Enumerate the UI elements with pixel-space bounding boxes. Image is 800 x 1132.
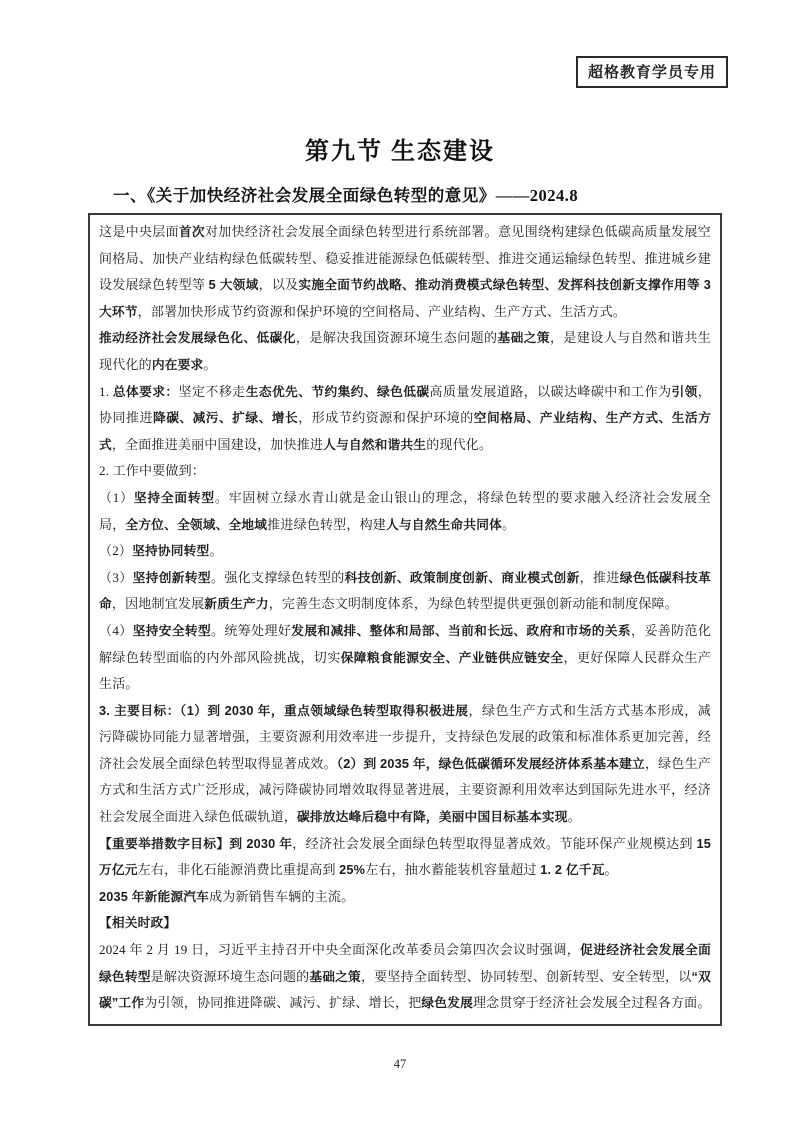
body-text: 。强化支撑绿色转型的 [211, 570, 345, 585]
body-text: ，因地制宜发展 [112, 596, 204, 611]
emphasized-text: （2）到 2035 年，绿色低碳循环发展经济体系基本建立 [337, 757, 645, 771]
emphasized-text: 新质生产力 [204, 597, 268, 611]
emphasized-text: 生态优先、节约集约、绿色低碳 [246, 385, 430, 399]
emphasized-text: 基础之策 [497, 331, 550, 345]
body-text: 。 [568, 809, 581, 824]
body-text: ，完善生态文明制度体系，为绿色转型提供更强创新动能和制度保障。 [269, 596, 678, 611]
emphasized-text: 5 大领域 [209, 278, 259, 292]
body-text: 1. [99, 384, 113, 399]
body-text: 。统筹处理好 [211, 623, 291, 638]
body-text: 。 [203, 357, 216, 372]
body-text: ，是解决我国资源环境生态问题的 [296, 330, 498, 345]
paragraph: 3. 主要目标：（1）到 2030 年，重点领域绿色转型取得积极进展，绿色生产方… [99, 698, 711, 831]
paragraph: （1）坚持全面转型。牢固树立绿水青山就是金山银山的理念，将绿色转型的要求融入经济… [99, 485, 711, 538]
emphasized-text: 坚持创新转型 [133, 571, 211, 585]
section-subtitle: 一、《关于加快经济社会发展全面绿色转型的意见》——2024.8 [113, 182, 578, 206]
emphasized-text: 【相关时政】 [99, 916, 176, 930]
body-text: ，以及 [259, 277, 299, 292]
emphasized-text: 总体要求： [113, 385, 179, 399]
emphasized-text: 碳排放达峰后稳中有降，美丽中国目标基本实现 [297, 810, 568, 824]
emphasized-text: 坚持全面转型 [134, 491, 215, 505]
page-title: 第九节 生态建设 [0, 131, 800, 166]
emphasized-text: 推动经济社会发展绿色化、低碳化 [99, 331, 296, 345]
emphasized-text: 2035 年新能源汽车 [99, 890, 209, 904]
page-number: 47 [0, 1057, 800, 1072]
body-text: （4） [99, 623, 133, 638]
body-text: ，要坚持全面转型、协同转型、创新转型、安全转型，以 [361, 969, 692, 984]
emphasized-text: 坚持协同转型 [132, 544, 209, 558]
body-text: 2. 工作中要做到： [99, 463, 205, 478]
emphasized-text: 人与自然生命共同体 [386, 518, 502, 532]
body-text: 为引领，协同推进降碳、减污、扩绿、增长，把 [144, 995, 421, 1010]
paragraph: （4）坚持安全转型。统筹处理好发展和减排、整体和局部、当前和长远、政府和市场的关… [99, 618, 711, 698]
emphasized-text: 【重要举措数字目标】到 2030 年 [99, 837, 292, 851]
emphasized-text: 引领 [672, 385, 698, 399]
body-text: 的现代化。 [426, 437, 492, 452]
paragraph: 推动经济社会发展绿色化、低碳化，是解决我国资源环境生态问题的基础之策，是建设人与… [99, 325, 711, 378]
emphasized-text: 基础之策 [309, 970, 361, 984]
emphasized-text: 人与自然和谐共生 [323, 438, 426, 452]
document-page: 超格教育学员专用 第九节 生态建设 一、《关于加快经济社会发展全面绿色转型的意见… [0, 0, 800, 1132]
paragraph: （3）坚持创新转型。强化支撑绿色转型的科技创新、政策制度创新、商业模式创新，推进… [99, 565, 711, 618]
body-text: ，经济社会发展全面绿色转型取得显著成效。节能环保产业规模达到 [292, 836, 696, 851]
body-text: 。 [209, 543, 222, 558]
paragraph: 2024 年 2 月 19 日，习近平主持召开中央全面深化改革委员会第四次会议时… [99, 937, 711, 1017]
body-text: ，形成节约资源和保护环境的 [298, 410, 474, 425]
emphasized-text: 1. 2 亿千瓦 [540, 863, 604, 877]
body-text: 2024 年 2 月 19 日，习近平主持召开中央全面深化改革委员会第四次会议时… [99, 942, 580, 957]
emphasized-text: 3. 主要目标：（1）到 2030 年，重点领域绿色转型取得积极进展 [99, 704, 468, 718]
body-text: （1） [99, 490, 134, 505]
emphasized-text: 绿色发展 [421, 996, 473, 1010]
emphasized-text: 坚持安全转型 [133, 624, 211, 638]
body-text: 推进绿色转型，构建 [267, 517, 386, 532]
body-text: 。 [605, 862, 618, 877]
body-text: 。 [502, 517, 515, 532]
paragraph: 1. 总体要求：坚定不移走生态优先、节约集约、绿色低碳高质量发展道路，以碳达峰碳… [99, 379, 711, 459]
paragraph: 2035 年新能源汽车成为新销售车辆的主流。 [99, 884, 711, 911]
emphasized-text: 25% [339, 863, 365, 877]
body-text: 高质量发展道路，以碳达峰碳中和工作为 [430, 384, 672, 399]
paragraph: （2）坚持协同转型。 [99, 538, 711, 565]
paragraph: 【相关时政】 [99, 910, 711, 937]
emphasized-text: 首次 [179, 225, 205, 239]
body-text: 成为新销售车辆的主流。 [209, 889, 354, 904]
emphasized-text: 保障粮食能源安全、产业链供应链安全 [341, 651, 564, 665]
paragraph: 2. 工作中要做到： [99, 458, 711, 485]
paragraph: 【重要举措数字目标】到 2030 年，经济社会发展全面绿色转型取得显著成效。节能… [99, 831, 711, 884]
emphasized-text: 发展和减排、整体和局部、当前和长远、政府和市场的关系 [291, 624, 631, 638]
body-text: ，推进 [580, 570, 620, 585]
body-text: 坚定不移走 [179, 384, 246, 399]
paragraph: 这是中央层面首次对加快经济社会发展全面绿色转型进行系统部署。意见围绕构建绿色低碳… [99, 219, 711, 325]
emphasized-text: 全方位、全领域、全地域 [125, 518, 267, 532]
body-text: 这是中央层面 [99, 224, 179, 239]
body-text: 左右，抽水蓄能装机容量超过 [365, 862, 540, 877]
body-text: （2） [99, 543, 132, 558]
emphasized-text: 内在要求 [152, 358, 204, 372]
student-badge: 超格教育学员专用 [576, 56, 728, 88]
body-text: ，部署加快形成节约资源和保护环境的空间格局、产业结构、生产方式、生活方式。 [138, 304, 626, 319]
content-box: 这是中央层面首次对加快经济社会发展全面绿色转型进行系统部署。意见围绕构建绿色低碳… [88, 213, 722, 1026]
body-text: ，全面推进美丽中国建设，加快推进 [112, 437, 323, 452]
emphasized-text: 降碳、减污、扩绿、增长 [153, 411, 298, 425]
body-text: 理念贯穿于经济社会发展全过程各方面。 [473, 995, 711, 1010]
emphasized-text: 科技创新、政策制度创新、商业模式创新 [345, 571, 580, 585]
body-text: 左右，非化石能源消费比重提高到 [138, 862, 339, 877]
body-text: 是解决资源环境生态问题的 [151, 969, 310, 984]
body-text: （3） [99, 570, 133, 585]
